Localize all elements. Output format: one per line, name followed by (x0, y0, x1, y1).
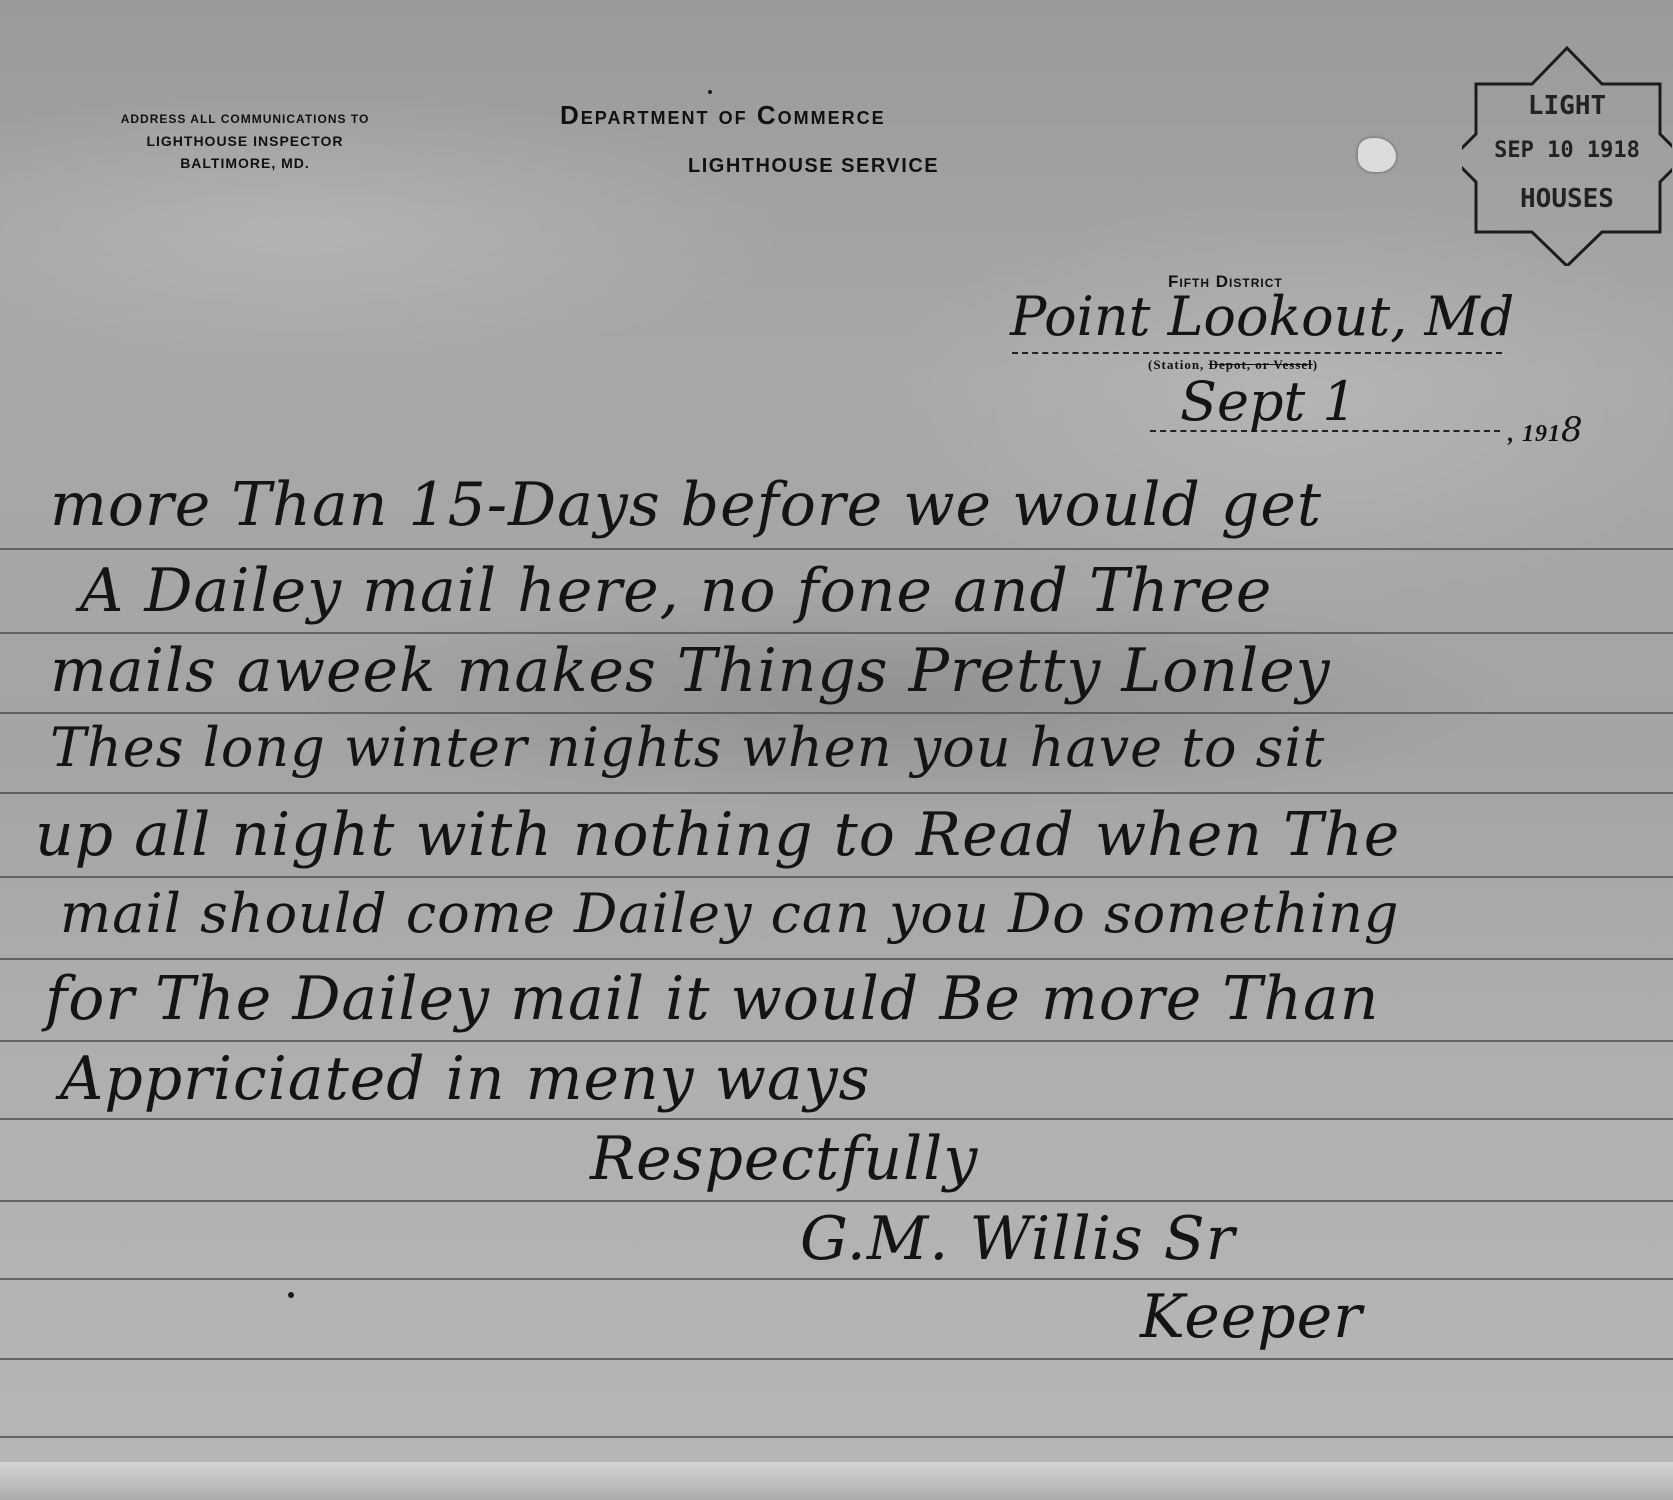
year-printed: , 191 (1508, 421, 1561, 447)
valediction: Respectfully (590, 1124, 978, 1194)
ink-speck (288, 1292, 294, 1298)
body-line: Appriciated in meny ways (60, 1044, 870, 1114)
ruled-line (0, 1278, 1673, 1280)
body-line: A Dailey mail here, no fone and Three (80, 556, 1272, 626)
ruled-line (0, 1040, 1673, 1042)
ruled-line (0, 548, 1673, 550)
handwritten-station: Point Lookout, Md (1010, 285, 1514, 348)
address-line: BALTIMORE, MD. (95, 152, 395, 174)
stamp-line-3: HOUSES (1462, 184, 1672, 214)
address-line: ADDRESS ALL COMMUNICATIONS TO (95, 108, 395, 130)
body-line: more Than 15-Days before we would get (50, 470, 1322, 540)
body-line: for The Dailey mail it would Be more Tha… (45, 964, 1379, 1034)
service-title: LIGHTHOUSE SERVICE (688, 155, 939, 178)
body-line: mail should come Dailey can you Do somet… (60, 882, 1399, 945)
station-dotted-line (1012, 352, 1502, 354)
ruled-line (0, 712, 1673, 714)
department-title: Department of Commerce (560, 100, 886, 131)
ruled-line (0, 958, 1673, 960)
received-stamp: LIGHT SEP 10 1918 HOUSES (1462, 46, 1672, 266)
year-prefix: , 1918 (1508, 410, 1584, 450)
address-block: ADDRESS ALL COMMUNICATIONS TO LIGHTHOUSE… (95, 108, 395, 174)
body-line: up all night with nothing to Read when T… (35, 800, 1400, 870)
paper-bottom-edge (0, 1462, 1673, 1500)
address-line: LIGHTHOUSE INSPECTOR (95, 130, 395, 152)
handwritten-date: Sept 1 (1180, 370, 1357, 433)
ink-speck (708, 90, 712, 94)
signature-title: Keeper (1140, 1282, 1363, 1352)
body-line: Thes long winter nights when you have to… (50, 716, 1325, 779)
signature: G.M. Willis Sr (800, 1204, 1235, 1274)
ruled-line (0, 632, 1673, 634)
ruled-line (0, 876, 1673, 878)
ruled-line (0, 792, 1673, 794)
ruled-line (0, 1358, 1673, 1360)
ruled-line (0, 1436, 1673, 1438)
body-line: mails aweek makes Things Pretty Lonley (50, 636, 1331, 706)
paper-tear (1358, 138, 1396, 172)
ruled-line (0, 1118, 1673, 1120)
stamp-date: SEP 10 1918 (1462, 138, 1672, 163)
year-handwritten-digit: 8 (1561, 410, 1584, 450)
ruled-line (0, 1200, 1673, 1202)
stamp-line-1: LIGHT (1462, 91, 1672, 121)
